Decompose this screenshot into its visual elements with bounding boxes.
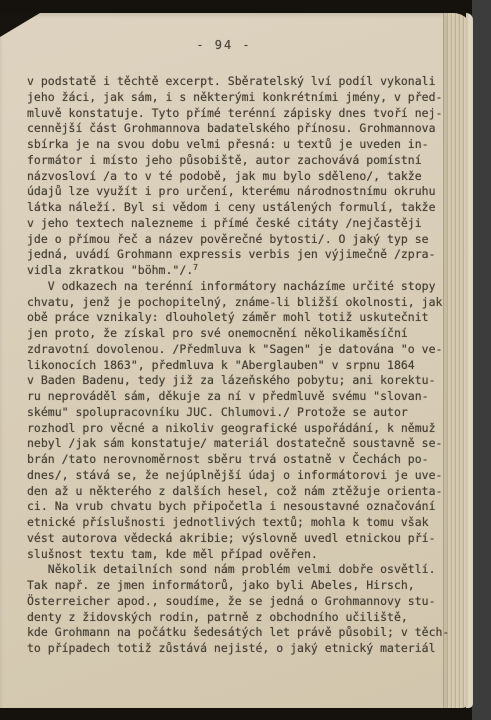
text-line: vidla zkratkou "böhm."/.7 — [27, 263, 447, 279]
text-line: brán /tato nerovnoměrnost sběru trvá ost… — [27, 452, 447, 468]
footnote-marker: 7 — [193, 263, 198, 272]
text-line: den až u některého z dalších hesel, což … — [27, 484, 447, 500]
text-line: denty z židovských rodin, patrně z obcho… — [27, 610, 447, 626]
text-line: dnes/, stává se, že nejúplnější údaj o i… — [27, 468, 447, 484]
text-line: chvatu, jenž je pochopitelný, známe-li b… — [27, 295, 447, 311]
text-line: skému" spolupracovníku JUC. Chlumovi./ P… — [27, 405, 447, 421]
scan-background-right — [472, 0, 491, 720]
cover-corner-shadow — [0, 13, 40, 37]
text-line: rozhodl pro věcné a nikoliv geografické … — [27, 421, 447, 437]
text-line: slušnost textu tam, kde měl případ ověře… — [27, 547, 447, 563]
text-line: jedná, uvádí Grohmann expressis verbis j… — [27, 247, 447, 263]
text-line: v podstatě i těchtě excerpt. Sběratelský… — [27, 74, 447, 90]
text-line: likonocích 1863", předmluva k "Aberglaub… — [27, 358, 447, 374]
text-line: sbírka je na svou dobu velmi přesná: u t… — [27, 137, 447, 153]
text-line: cennější část Grohmannova badatelského p… — [27, 121, 447, 137]
text-block: v podstatě i těchtě excerpt. Sběratelský… — [27, 74, 447, 657]
text-line: kde Grohmann na počátku šedesátých let p… — [27, 625, 447, 641]
text-line: Österreicher apod., soudíme, že se jedná… — [27, 594, 447, 610]
text-line: látka náleží. Byl si vědom i ceny ustále… — [27, 200, 447, 216]
text-line: Několik detailních sond nám problém velm… — [27, 562, 447, 578]
text-line: ci. Na vrub chvatu bych připočetla i nes… — [27, 499, 447, 515]
text-line: to případech totiž zůstává nejisté, o ja… — [27, 641, 447, 657]
text-line: formátor i místo jeho působiště, autor z… — [27, 153, 447, 169]
text-line: vést autorova vědecká akribie; výslovně … — [27, 531, 447, 547]
text-line: nebyl /jak sám konstatuje/ materiál dost… — [27, 436, 447, 452]
page-fore-edge — [443, 13, 473, 708]
text-line: v jeho textech nalezneme i přímé české c… — [27, 216, 447, 232]
text-line: obě práce vznikaly: dlouholetý záměr moh… — [27, 310, 447, 326]
text-line: V odkazech na terénní informátory nacház… — [27, 279, 447, 295]
text-line: údajů lze využít i pro určení, kterému n… — [27, 184, 447, 200]
text-line: v Baden Badenu, tedy již za lázeňského p… — [27, 373, 447, 389]
text-line: jde o přímou řeč a název pověrečné bytos… — [27, 232, 447, 248]
page-fore-edge-outer — [466, 13, 473, 708]
text-line: mluvě konstatuje. Tyto přímé terénní záp… — [27, 106, 447, 122]
text-line: jeho žáci, jak sám, i s některými konkré… — [27, 90, 447, 106]
text-line: zdravotní dovolenou. /Předmluva k "Sagen… — [27, 342, 447, 358]
text-line: Tak např. ze jmen informátorů, jako byli… — [27, 578, 447, 594]
page-number: - 94 - — [0, 38, 448, 52]
book-page: v podstatě i těchtě excerpt. Sběratelský… — [0, 13, 473, 708]
paragraph: Několik detailních sond nám problém velm… — [27, 562, 447, 657]
text-line: názvosloví /a to v té podobě, jak mu byl… — [27, 169, 447, 185]
paragraph: v podstatě i těchtě excerpt. Sběratelský… — [27, 74, 447, 279]
text-line: etnické příslušnosti jednotlivých textů;… — [27, 515, 447, 531]
text-line: ru neprováděl sám, děkuje za ní v předml… — [27, 389, 447, 405]
paragraph: V odkazech na terénní informátory nacház… — [27, 279, 447, 563]
text-line: jen proto, že získal pro své onemocnění … — [27, 326, 447, 342]
